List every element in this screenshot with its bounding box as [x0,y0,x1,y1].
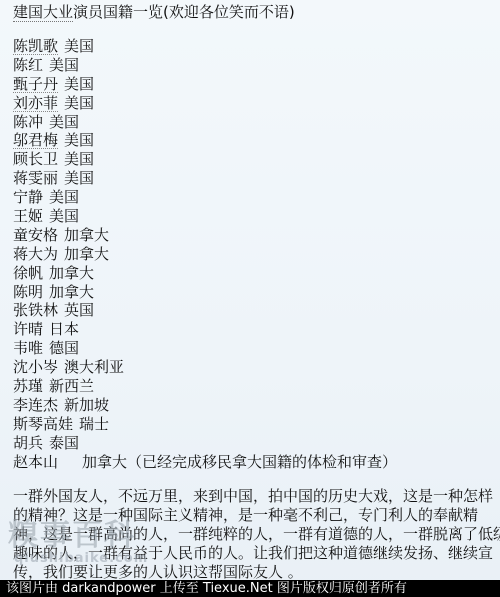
paragraph-line: 的精神？这是一种国际主义精神，是一种毫不利己，专门利人的奉献精 [13,506,500,525]
list-item: 胡兵泰国 [13,434,397,453]
paragraph-line: 趣味的人，一群有益于人民币的人。让我们把这种道德继续发扬、继续宣 [13,544,500,563]
cast-nationality-list: 陈凯歌美国 陈红美国 甄子丹美国 刘亦菲美国 陈冲美国 邬君梅美国 顾长卫美国 … [13,37,397,471]
title-rest: 演员国籍一览(欢迎各位笑而不语) [73,3,295,21]
list-item: 张铁林英国 [13,301,397,320]
actor-name: 顾长卫 [13,150,58,169]
actor-name: 李连杰 [13,396,58,415]
actor-name: 苏瑾 [13,377,43,396]
actor-name: 蒋雯丽 [13,169,58,188]
actor-name: 韦唯 [13,339,43,358]
list-item: 童安格加拿大 [13,226,397,245]
actor-name: 陈明 [13,283,43,302]
actor-nationality: 泰国 [49,434,79,452]
actor-name: 童安格 [13,226,58,245]
actor-nationality: 美国 [64,75,94,93]
actor-name: 许晴 [13,320,43,339]
actor-nationality: 美国 [49,113,79,131]
actor-nationality: 新西兰 [49,377,94,395]
list-item: 陈明加拿大 [13,283,397,302]
document-title: 建国大业演员国籍一览(欢迎各位笑而不语) [13,2,295,22]
list-item: 苏瑾新西兰 [13,377,397,396]
list-item: 徐帆加拿大 [13,264,397,283]
list-item: 邬君梅美国 [13,131,397,150]
actor-nationality: 美国 [64,94,94,112]
copyright-footer: 该图片由 darkandpower 上传至 Tiexue.Net 图片版权归原创… [0,580,500,597]
actor-nationality: 加拿大 [64,226,109,244]
list-item: 陈红美国 [13,56,397,75]
actor-nationality: 加拿大（已经完成移民拿大国籍的体检和审查） [82,453,397,471]
list-item: 陈冲美国 [13,113,397,132]
actor-name: 陈凯歌 [13,38,58,55]
actor-name: 宁静 [13,188,43,207]
actor-name: 甄子丹 [13,76,58,93]
actor-name: 刘亦菲 [13,95,58,112]
list-item: 刘亦菲美国 [13,94,397,113]
actor-nationality: 美国 [49,56,79,74]
actor-name: 徐帆 [13,264,43,283]
list-item: 许晴日本 [13,320,397,339]
list-item: 顾长卫美国 [13,150,397,169]
actor-nationality: 德国 [49,339,79,357]
list-item: 王姬美国 [13,207,397,226]
list-item: 陈凯歌美国 [13,37,397,56]
actor-nationality: 美国 [49,188,79,206]
actor-nationality: 澳大利亚 [64,358,124,376]
actor-nationality: 美国 [64,169,94,187]
actor-name: 沈小岑 [13,358,58,377]
title-highlight: 建国大业 [13,3,73,22]
actor-name: 赵本山 [13,453,58,472]
actor-nationality: 新加坡 [64,396,109,414]
list-item: 宁静美国 [13,188,397,207]
actor-nationality: 英国 [64,301,94,319]
list-item: 甄子丹美国 [13,75,397,94]
list-item: 沈小岑澳大利亚 [13,358,397,377]
actor-nationality: 瑞士 [79,415,109,433]
list-item: 蒋雯丽美国 [13,169,397,188]
actor-nationality: 加拿大 [49,283,94,301]
actor-nationality: 美国 [64,131,94,149]
paragraph-line: 神，这是一群高尚的人，一群纯粹的人，一群有道德的人，一群脱离了低级 [13,525,500,544]
actor-name: 胡兵 [13,434,43,453]
list-item: 李连杰新加坡 [13,396,397,415]
actor-name: 斯琴高娃 [13,415,73,434]
actor-nationality: 加拿大 [49,264,94,282]
actor-name: 陈冲 [13,113,43,132]
list-item: 斯琴高娃瑞士 [13,415,397,434]
actor-nationality: 加拿大 [64,245,109,263]
actor-name: 王姬 [13,207,43,226]
actor-nationality: 美国 [49,207,79,225]
list-item: 蒋大为加拿大 [13,245,397,264]
actor-name: 邬君梅 [13,132,58,149]
actor-name: 蒋大为 [13,245,58,264]
actor-name: 张铁林 [13,301,58,320]
actor-nationality: 美国 [64,37,94,55]
actor-name: 陈红 [13,56,43,75]
list-item: 韦唯德国 [13,339,397,358]
commentary-paragraph: 一群外国友人，不远万里，来到中国，拍中国的历史大戏，这是一种怎样 的精神？这是一… [13,487,500,582]
actor-nationality: 日本 [49,320,79,338]
list-item: 赵本山加拿大（已经完成移民拿大国籍的体检和审查） [13,453,397,472]
paragraph-line: 一群外国友人，不远万里，来到中国，拍中国的历史大戏，这是一种怎样 [13,487,500,506]
actor-nationality: 美国 [64,150,94,168]
